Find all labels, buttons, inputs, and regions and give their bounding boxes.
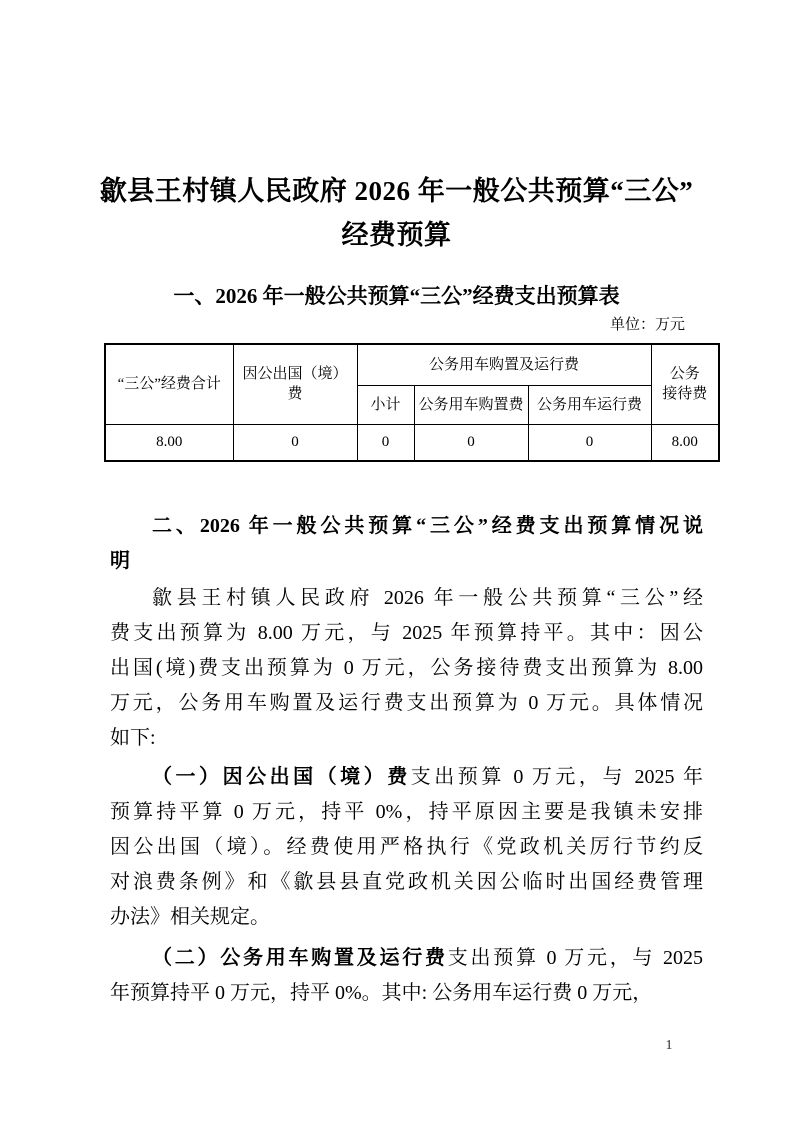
text-line: 办法》相关规定。 <box>110 900 703 935</box>
value-vehicle-subtotal: 0 <box>357 424 414 461</box>
table-row: 8.00 0 0 0 0 8.00 <box>105 424 719 461</box>
header-abroad: 因公出国（境）费 <box>233 344 357 424</box>
text-line: （一）因公出国（境）费支出预算 0 万元，与 2025 年 <box>110 760 703 795</box>
page-number: 1 <box>656 1038 682 1054</box>
value-abroad: 0 <box>233 424 357 461</box>
text-line: 歙县王村镇人民政府 2026 年一般公共预算“三公”经 <box>110 581 703 616</box>
document-title-line2: 经费预算 <box>0 213 793 257</box>
text-line: 出国(境)费支出预算为 0 万元，公务接待费支出预算为 8.00 <box>110 651 703 686</box>
budget-table: “三公”经费合计 因公出国（境）费 公务用车购置及运行费 公务 接待费 小计 公… <box>104 343 720 462</box>
document-title-line1: 歙县王村镇人民政府 2026 年一般公共预算“三公” <box>0 169 793 213</box>
document-page: 歙县王村镇人民政府 2026 年一般公共预算“三公” 经费预算 一、2026 年… <box>0 0 793 1122</box>
text-line: （二）公务用车购置及运行费支出预算 0 万元，与 2025 <box>110 941 703 976</box>
text-line: 万元，公务用车购置及运行费支出预算为 0 万元。具体情况 <box>110 686 703 721</box>
unit-note: 单位：万元 <box>0 315 793 335</box>
header-total: “三公”经费合计 <box>105 344 233 424</box>
text-line: 对浪费条例》和《歙县县直党政机关因公临时出国经费管理 <box>110 865 703 900</box>
text-line: 如下: <box>110 721 703 756</box>
text-line: 因公出国（境）。经费使用严格执行《党政机关厉行节约反 <box>110 830 703 865</box>
section1-heading: 一、2026 年一般公共预算“三公”经费支出预算表 <box>0 279 793 313</box>
value-total: 8.00 <box>105 424 233 461</box>
bold-run: （一）因公出国（境）费 <box>152 766 411 788</box>
text-line: 费支出预算为 8.00 万元，与 2025 年预算持平。其中：因公 <box>110 616 703 651</box>
header-vehicle-group: 公务用车购置及运行费 <box>357 344 651 385</box>
bold-run: （二）公务用车购置及运行费 <box>152 947 448 969</box>
value-vehicle-purchase: 0 <box>414 424 528 461</box>
paragraph-overview: 歙县王村镇人民政府 2026 年一般公共预算“三公”经费支出预算为 8.00 万… <box>110 581 703 756</box>
text-line: 二、2026 年一般公共预算“三公”经费支出预算情况说 <box>110 509 703 544</box>
header-vehicle-subtotal: 小计 <box>357 385 414 424</box>
header-vehicle-operation: 公务用车运行费 <box>528 385 651 424</box>
text-line: 明 <box>110 544 703 579</box>
paragraph-vehicle: （二）公务用车购置及运行费支出预算 0 万元，与 2025年预算持平 0 万元，… <box>110 941 703 1011</box>
section2-heading: 二、2026 年一般公共预算“三公”经费支出预算情况说明 <box>110 509 703 579</box>
header-vehicle-purchase: 公务用车购置费 <box>414 385 528 424</box>
value-vehicle-operation: 0 <box>528 424 651 461</box>
header-reception: 公务 接待费 <box>651 344 719 424</box>
document-title: 歙县王村镇人民政府 2026 年一般公共预算“三公” 经费预算 <box>0 0 793 257</box>
value-reception: 8.00 <box>651 424 719 461</box>
text-line: 预算持平算 0 万元，持平 0%，持平原因主要是我镇未安排 <box>110 795 703 830</box>
paragraph-abroad: （一）因公出国（境）费支出预算 0 万元，与 2025 年预算持平算 0 万元，… <box>110 760 703 935</box>
text-line: 年预算持平 0 万元，持平 0%。其中: 公务用车运行费 0 万元， <box>110 976 703 1011</box>
